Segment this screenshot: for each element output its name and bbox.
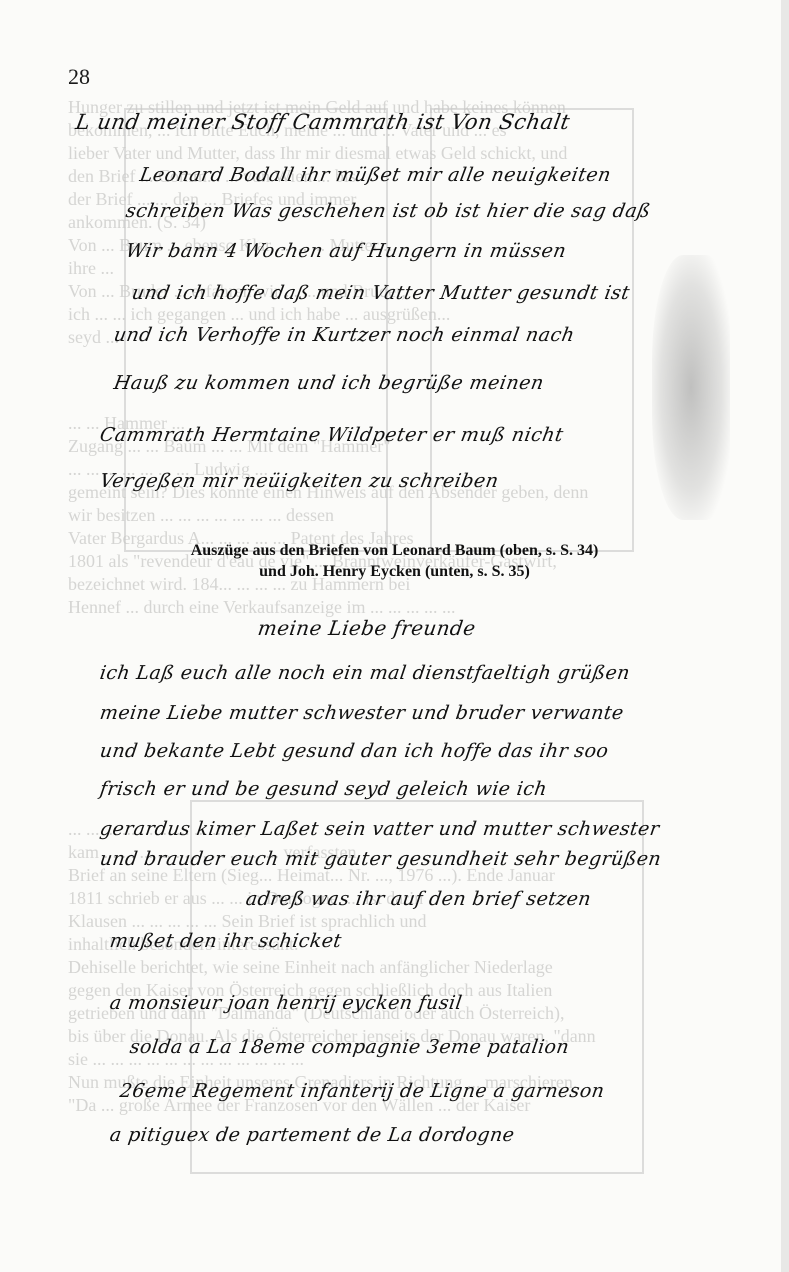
handwritten-line: mußet den ihr schicket — [108, 930, 343, 952]
handwritten-line: adreß was ihr auf den brief setzen — [244, 888, 592, 910]
handwritten-line: meine Liebe mutter schwester und bruder … — [98, 702, 625, 724]
handwritten-line: a monsieur joan henrij eycken fusil — [108, 992, 463, 1014]
handwritten-line: und brauder euch mit gauter gesundheit s… — [98, 848, 662, 870]
handwritten-line: und bekante Lebt gesund dan ich hoffe da… — [98, 740, 609, 762]
handwritten-line: ich Laß euch alle noch ein mal dienstfae… — [98, 662, 631, 684]
letter-excerpt-henry-eycken: meine Liebe freunde ich Laß euch alle no… — [70, 0, 730, 1200]
handwritten-line: a pitiguex de partement de La dordogne — [108, 1124, 515, 1146]
handwritten-line: meine Liebe freunde — [256, 616, 477, 640]
handwritten-line: 26eme Regement infanterij de Ligne a gar… — [118, 1080, 605, 1102]
handwritten-line: frisch er und be gesund seyd geleich wie… — [98, 778, 548, 800]
handwritten-line: gerardus kimer Laßet sein vatter und mut… — [98, 818, 660, 840]
page-edge-shadow — [781, 0, 789, 1272]
handwritten-line: solda a La 18eme compagnie 3eme patalion — [128, 1036, 570, 1058]
